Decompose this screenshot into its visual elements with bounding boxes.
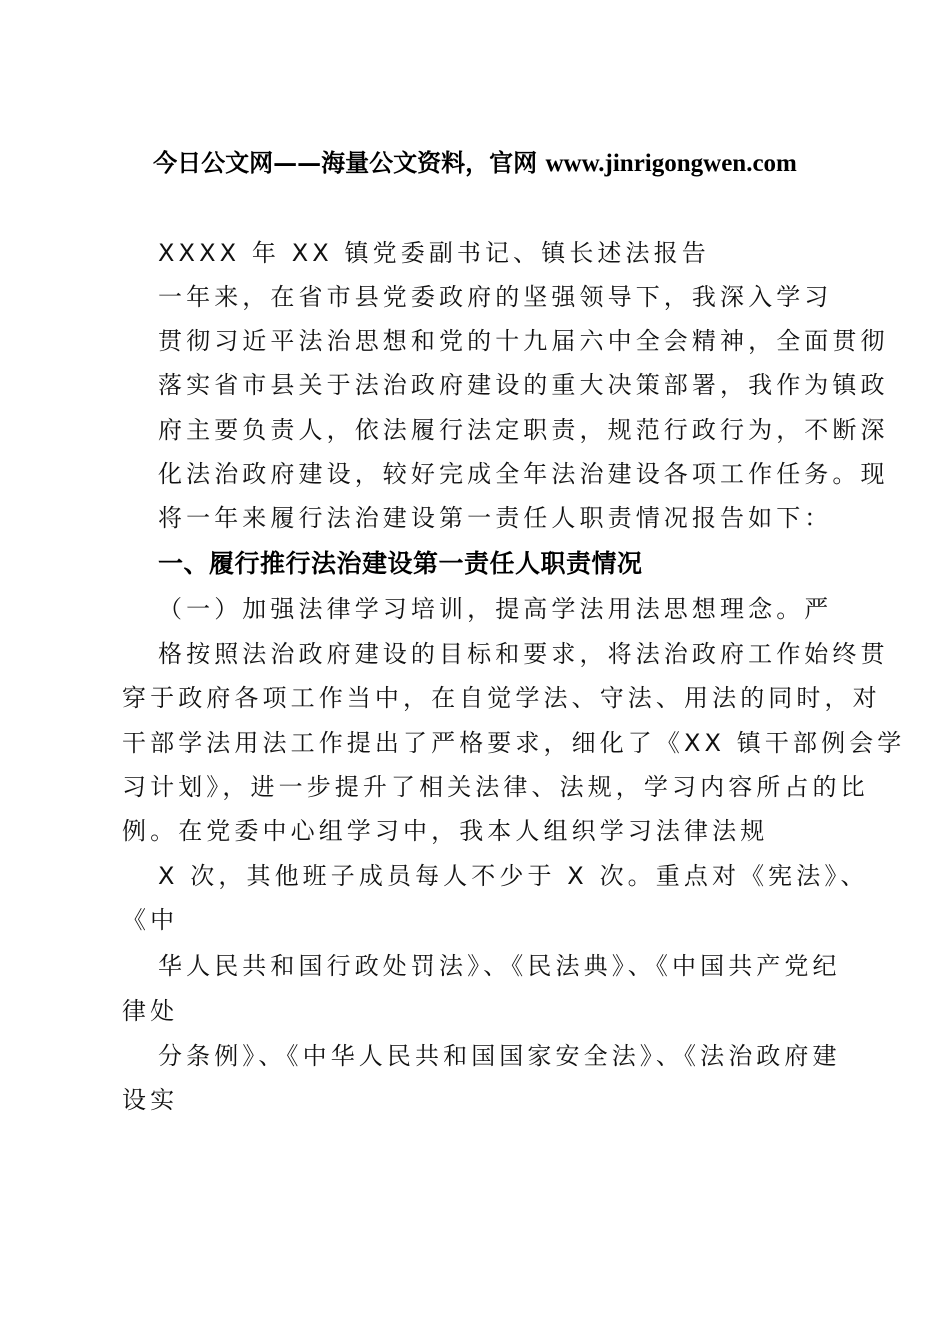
- body-text-line: 落实省市县关于法治政府建设的重大决策部署，我作为镇政: [158, 368, 889, 402]
- body-text-line: XXXX 年 XX 镇党委副书记、镇长述法报告: [158, 236, 710, 270]
- body-text-line: 华人民共和国行政处罚法》、《民法典》、《中国共产党纪: [158, 949, 841, 983]
- body-text-line: X 次，其他班子成员每人不少于 X 次。重点对《宪法》、: [158, 859, 869, 893]
- body-text-line: 例。在党委中心组学习中，我本人组织学习法律法规: [122, 814, 768, 848]
- page-header: 今日公文网——海量公文资料，官网 www.jinrigongwen.com: [0, 145, 950, 182]
- body-text-line: 穿于政府各项工作当中，在自觉学法、守法、用法的同时，对: [122, 681, 881, 715]
- body-text-line: 习计划》，进一步提升了相关法律、法规，学习内容所占的比: [122, 770, 869, 804]
- header-url: www.jinrigongwen.com: [545, 150, 796, 177]
- body-text-line: 府主要负责人，依法履行法定职责，规范行政行为，不断深: [158, 413, 889, 447]
- body-text-line: 分条例》、《中华人民共和国国家安全法》、《法治政府建: [158, 1039, 841, 1073]
- body-text-line: 格按照法治政府建设的目标和要求，将法治政府工作始终贯: [158, 637, 889, 671]
- body-text-line: 干部学法用法工作提出了严格要求，细化了《XX 镇干部例会学: [122, 726, 905, 760]
- document-page: 今日公文网——海量公文资料，官网 www.jinrigongwen.com XX…: [0, 0, 950, 1344]
- body-text-line: 设实: [122, 1083, 178, 1117]
- body-text-line: 《中: [122, 903, 178, 937]
- body-text-line: （一）加强法律学习培训，提高学法用法思想理念。严: [158, 592, 832, 626]
- header-site-name: 今日公文网——海量公文资料，官网: [153, 148, 537, 177]
- body-text-line: 化法治政府建设，较好完成全年法治建设各项工作任务。现: [158, 457, 889, 491]
- body-text-line: 将一年来履行法治建设第一责任人职责情况报告如下：: [158, 501, 832, 535]
- body-text-line: 一年来，在省市县党委政府的坚强领导下，我深入学习: [158, 280, 832, 314]
- body-text-line: 律处: [122, 994, 178, 1028]
- body-text-line: 贯彻习近平法治思想和党的十九届六中全会精神，全面贯彻: [158, 324, 889, 358]
- section-heading: 一、履行推行法治建设第一责任人职责情况: [158, 547, 643, 581]
